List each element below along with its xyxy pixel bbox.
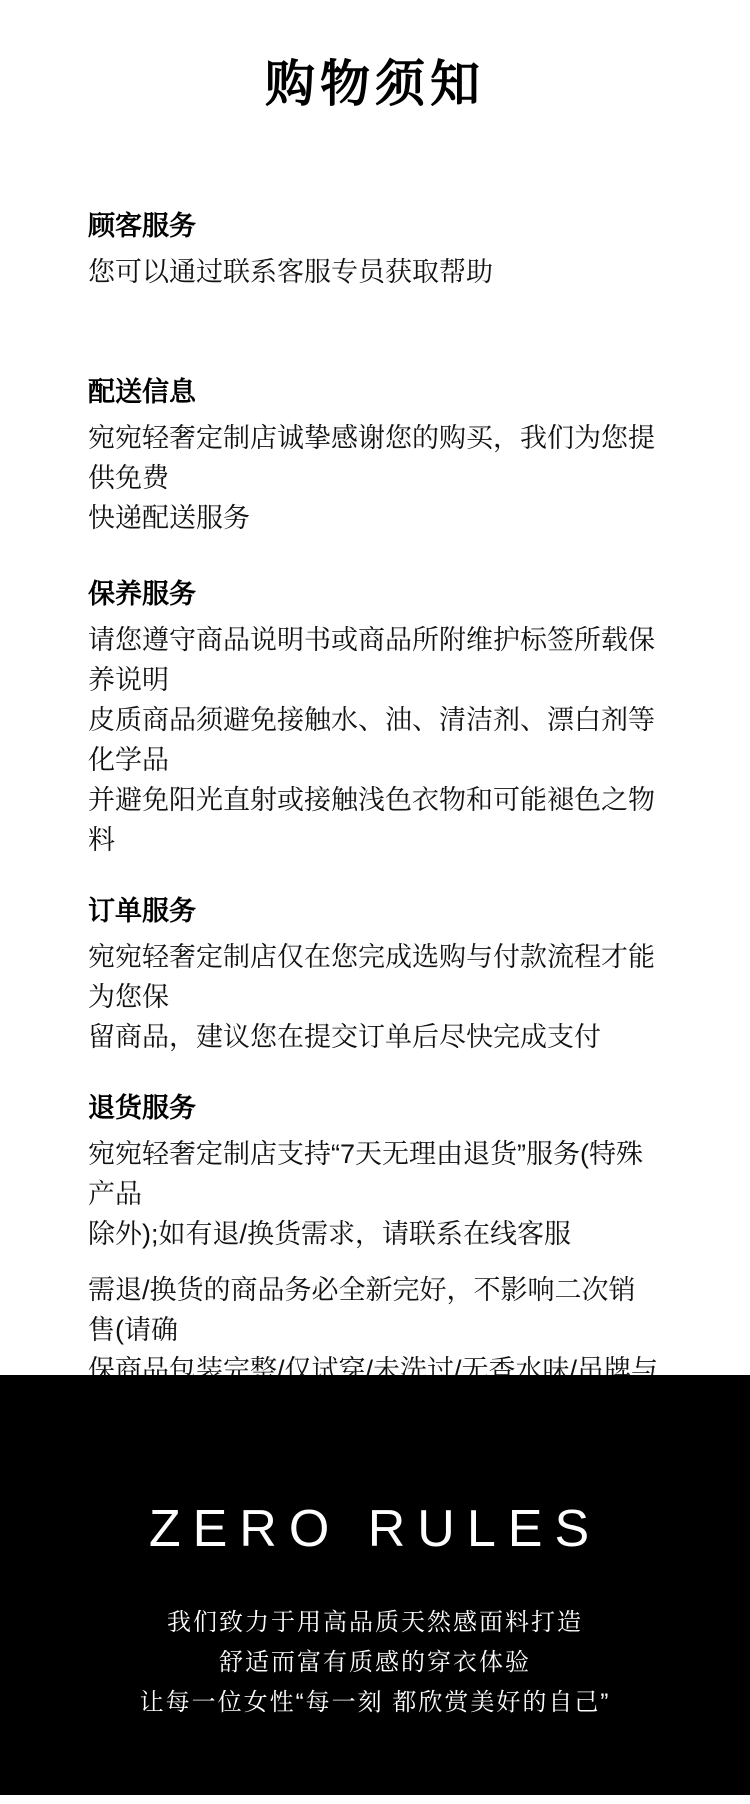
section-care-service: 保养服务 请您遵守商品说明书或商品所附维护标签所载保养说明 皮质商品须避免接触水…: [88, 578, 662, 860]
section-heading: 订单服务: [88, 895, 662, 927]
section-heading: 顾客服务: [88, 210, 662, 242]
slogan-line: 舒适而富有质感的穿衣体验: [0, 1643, 750, 1683]
brand-logo-text: ZERO RULES: [0, 1375, 750, 1559]
section-customer-service: 顾客服务 您可以通过联系客服专员获取帮助: [88, 210, 662, 292]
section-delivery-info: 配送信息 宛宛轻奢定制店诚挚感谢您的购买，我们为您提供免费 快递配送服务: [88, 376, 662, 538]
text-line: 并避免阳光直射或接触浅色衣物和可能褪色之物料: [88, 780, 662, 860]
text-line: 除外);如有退/换货需求，请联系在线客服: [88, 1214, 662, 1254]
page-title: 购物须知: [0, 0, 750, 116]
slogan-line: 让每一位女性“每一刻 都欣赏美好的自己”: [0, 1683, 750, 1723]
section-paragraph: 您可以通过联系客服专员获取帮助: [88, 252, 662, 292]
text-line: 您可以通过联系客服专员获取帮助: [88, 252, 662, 292]
section-paragraph: 宛宛轻奢定制店诚挚感谢您的购买，我们为您提供免费 快递配送服务: [88, 418, 662, 538]
brand-footer: ZERO RULES 我们致力于用高品质天然感面料打造 舒适而富有质感的穿衣体验…: [0, 1375, 750, 1795]
section-heading: 配送信息: [88, 376, 662, 408]
text-line: 宛宛轻奢定制店仅在您完成选购与付款流程才能为您保: [88, 937, 662, 1017]
section-paragraph: 宛宛轻奢定制店支持“7天无理由退货”服务(特殊产品 除外);如有退/换货需求，请…: [88, 1134, 662, 1254]
text-line: 宛宛轻奢定制店诚挚感谢您的购买，我们为您提供免费: [88, 418, 662, 498]
text-line: 宛宛轻奢定制店支持“7天无理由退货”服务(特殊产品: [88, 1134, 662, 1214]
brand-slogan: 我们致力于用高品质天然感面料打造 舒适而富有质感的穿衣体验 让每一位女性“每一刻…: [0, 1603, 750, 1723]
text-line: 留商品，建议您在提交订单后尽快完成支付: [88, 1017, 662, 1057]
section-heading: 保养服务: [88, 578, 662, 610]
section-paragraph: 请您遵守商品说明书或商品所附维护标签所载保养说明 皮质商品须避免接触水、油、清洁…: [88, 620, 662, 860]
section-paragraph: 宛宛轻奢定制店仅在您完成选购与付款流程才能为您保 留商品，建议您在提交订单后尽快…: [88, 937, 662, 1057]
shopping-notice-page: 购物须知 顾客服务 您可以通过联系客服专员获取帮助 配送信息 宛宛轻奢定制店诚挚…: [0, 0, 750, 1804]
slogan-line: 我们致力于用高品质天然感面料打造: [0, 1603, 750, 1643]
text-line: 请您遵守商品说明书或商品所附维护标签所载保养说明: [88, 620, 662, 700]
section-heading: 退货服务: [88, 1092, 662, 1124]
text-line: 需退/换货的商品务必全新完好，不影响二次销售(请确: [88, 1270, 662, 1350]
text-line: 皮质商品须避免接触水、油、清洁剂、漂白剂等化学品: [88, 700, 662, 780]
section-order-service: 订单服务 宛宛轻奢定制店仅在您完成选购与付款流程才能为您保 留商品，建议您在提交…: [88, 895, 662, 1057]
text-line: 快递配送服务: [88, 498, 662, 538]
